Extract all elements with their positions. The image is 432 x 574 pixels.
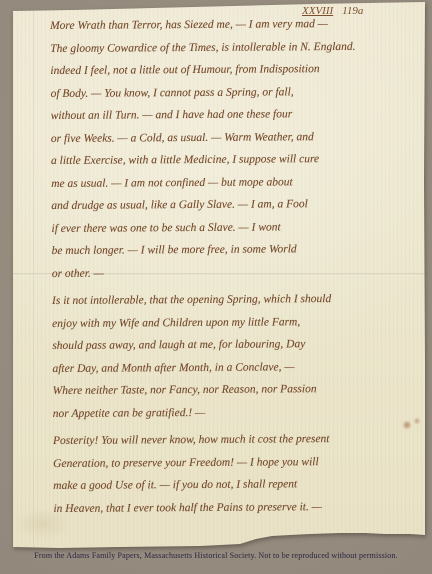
letter-line: or five Weeks. — a Cold, as usual. — War…: [51, 125, 423, 150]
letter-line: Is it not intollerable, that the opening…: [52, 287, 424, 312]
letter-line: Posterity! You will never know, how much…: [53, 427, 425, 452]
letter-line: make a good Use of it. — if you do not, …: [53, 472, 425, 497]
letter-line: indeed I feel, not a little out of Humou…: [50, 57, 422, 82]
scanned-letter-photo: XXVIII119a More Wrath than Terror, has S…: [0, 0, 432, 574]
letter-line: a little Exercise, with a little Medicin…: [51, 147, 423, 172]
letter-line: enjoy with my Wife and Children upon my …: [52, 310, 424, 335]
letter-line: Generation, to preserve your Freedom! — …: [53, 450, 425, 475]
letter-line: in Heaven, that I ever took half the Pai…: [53, 495, 425, 520]
letter-line: without an ill Turn. — and I have had on…: [51, 102, 423, 127]
letter-line: More Wrath than Terror, has Siezed me, —…: [50, 12, 422, 37]
left-margin-crease: [33, 2, 35, 549]
letter-paragraph: Is it not intollerable, that the opening…: [52, 287, 425, 425]
handwritten-letter-text: More Wrath than Terror, has Siezed me, —…: [50, 12, 426, 520]
letter-line: of Body. — You know, I cannot pass a Spr…: [50, 80, 422, 105]
letter-line: if ever there was one to be such a Slave…: [51, 215, 423, 240]
letter-line: and drudge as usual, like a Gally Slave.…: [51, 192, 423, 217]
letter-line: Where neither Taste, nor Fancy, nor Reas…: [53, 377, 425, 402]
letter-line: should pass away, and laugh at me, for l…: [52, 332, 424, 357]
letter-line: or other. —: [52, 260, 424, 285]
letter-paragraph: Posterity! You will never know, how much…: [53, 427, 426, 520]
letter-paragraph: More Wrath than Terror, has Siezed me, —…: [50, 12, 424, 285]
letter-line: be much longer. — I will be more free, i…: [52, 237, 424, 262]
letter-line: after Day, and Month after Month, in a C…: [52, 355, 424, 380]
credit-caption: From the Adams Family Papers, Massachuse…: [0, 551, 432, 560]
letter-line: The gloomy Cowardice of the Times, is in…: [50, 35, 422, 60]
letter-line: me as usual. — I am not confined — but m…: [51, 170, 423, 195]
letter-line: nor Appetite can be gratified.! —: [53, 400, 425, 425]
